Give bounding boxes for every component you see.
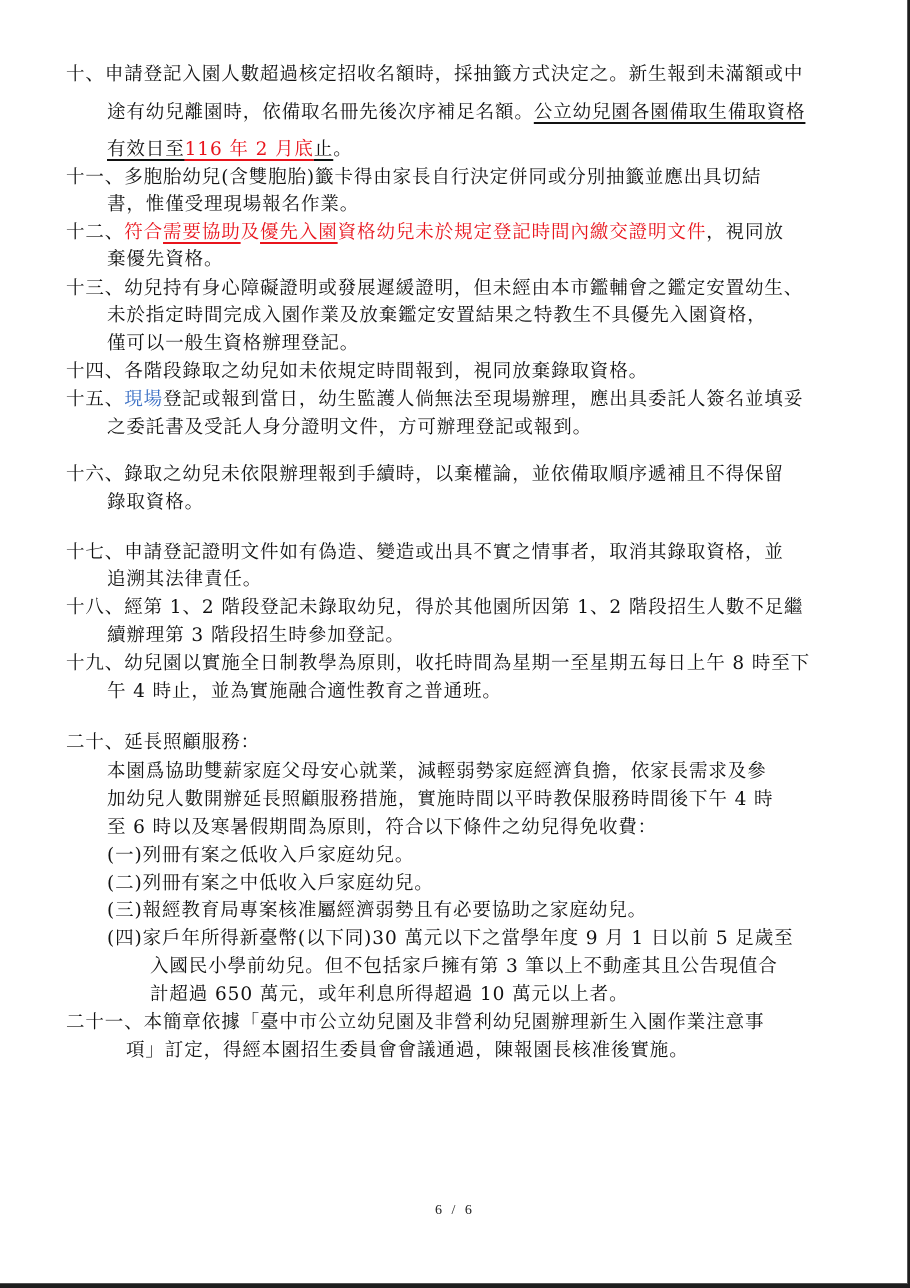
item-number: 十三、 [66, 278, 124, 299]
item-number: 十二、 [66, 222, 124, 243]
item-18-line-2: 續辦理第 3 階段招生時參加登記。 [107, 624, 405, 648]
item-number: 十九、 [66, 653, 124, 674]
item-number: 十四、 [66, 361, 124, 382]
item-19-line-1: 十九、幼兒園以實施全日制教學為原則，收托時間為星期一至星期五每日上午 8 時至下 [66, 652, 810, 676]
item-16-line-1: 十六、錄取之幼兒未依限辦理報到手續時，以棄權論，並依備取順序遞補且不得保留 [66, 463, 784, 487]
item-12-line-1: 十二、符合需要協助及優先入園資格幼兒未於規定登記時間內繳交證明文件，視同放 [66, 221, 784, 245]
item-16-line-2: 錄取資格。 [107, 491, 204, 515]
item-20-line-4: 至 6 時以及寒暑假期間為原則，符合以下條件之幼兒得免收費： [107, 816, 657, 840]
item-13-line-3: 僅可以一般生資格辦理登記。 [107, 332, 359, 356]
item-15-line-1: 十五、現場登記或報到當日，幼生監護人倘無法至現場辦理，應出具委託人簽名並填妥 [66, 388, 803, 412]
item-21-line-1: 二十一、本簡章依據「臺中市公立幼兒園及非營利幼兒園辦理新生入園作業注意事 [66, 1011, 764, 1035]
item-11-line-2: 書，惟僅受理現場報名作業。 [107, 193, 359, 217]
item-20-line-2: 本園爲協助雙薪家庭父母安心就業，減輕弱勢家庭經濟負擔，依家長需求及參 [107, 760, 767, 784]
item-18-line-1: 十八、經第 1、2 階段登記未錄取幼兒，得於其他園所因第 1、2 階段招生人數不… [66, 596, 803, 620]
item-13-line-2: 未於指定時間完成入園作業及放棄鑑定安置結果之特教生不具優先入園資格， [107, 304, 767, 328]
item-20-sub-4-line-1: (四)家戶年所得新臺幣(以下同)30 萬元以下之當學年度 9 月 1 日以前 5… [107, 927, 794, 951]
item-number: 二十、 [66, 732, 124, 753]
item-20-line-1: 二十、延長照顧服務： [66, 731, 260, 755]
item-20-sub-3: (三)報經教育局專案核准屬經濟弱勢且有必要協助之家庭幼兒。 [107, 899, 647, 923]
item-10-line-1: 十、申請登記入園人數超過核定招收名額時，採抽籤方式決定之。新生報到未滿額或中 [66, 63, 803, 87]
underlined-text: 公立幼兒園各園備取生備取資格 [534, 102, 806, 123]
item-17-line-2: 追溯其法律責任。 [107, 568, 262, 592]
item-number: 十五、 [66, 389, 124, 410]
item-20-sub-1: (一)列冊有案之低收入戶家庭幼兒。 [107, 844, 414, 868]
document-page: 十、申請登記入園人數超過核定招收名額時，採抽籤方式決定之。新生報到未滿額或中 途… [0, 0, 908, 1284]
item-13-line-1: 十三、幼兒持有身心障礙證明或發展遲緩證明，但未經由本市鑑輔會之鑑定安置幼生、 [66, 277, 803, 301]
page-number: 6 / 6 [0, 1203, 907, 1219]
item-number: 二十一、 [66, 1012, 144, 1033]
item-number: 十八、 [66, 597, 124, 618]
item-21-line-2: 項」訂定，得經本園招生委員會會議通過，陳報園長核准後實施。 [126, 1039, 689, 1063]
item-20-sub-2: (二)列冊有案之中低收入戶家庭幼兒。 [107, 872, 434, 896]
item-number: 十一、 [66, 167, 124, 188]
item-19-line-2: 午 4 時止，並為實施融合適性教育之普通班。 [107, 680, 502, 704]
deadline-date: 116 年 2 月底 [185, 139, 314, 160]
item-15-line-2: 之委託書及受託人身分證明文件，方可辦理登記或報到。 [107, 416, 592, 440]
item-14-line-1: 十四、各階段錄取之幼兒如未依規定時間報到，視同放棄錄取資格。 [66, 360, 648, 384]
item-10-line-2: 途有幼兒離園時，依備取名冊先後次序補足名額。公立幼兒園各園備取生備取資格 [107, 101, 805, 125]
item-20-line-3: 加幼兒人數開辦延長照顧服務措施，實施時間以平時教保服務時間後下午 4 時 [107, 788, 773, 812]
item-12-line-2: 棄優先資格。 [107, 248, 223, 272]
item-10-line-3: 有效日至116 年 2 月底止。 [107, 138, 353, 162]
item-20-sub-4-line-2: 入國民小學前幼兒。但不包括家戶擁有第 3 筆以上不動產其且公告現值合 [150, 955, 778, 979]
item-number: 十七、 [66, 542, 124, 563]
item-17-line-1: 十七、申請登記證明文件如有偽造、變造或出具不實之情事者，取消其錄取資格，並 [66, 541, 784, 565]
item-number: 十六、 [66, 464, 124, 485]
item-20-sub-4-line-3: 計超過 650 萬元，或年利息所得超過 10 萬元以上者。 [150, 983, 628, 1007]
item-11-line-1: 十一、多胞胎幼兒(含雙胞胎)籤卡得由家長自行決定併同或分別抽籤並應出具切結 [66, 166, 761, 190]
item-number: 十、 [66, 64, 105, 85]
